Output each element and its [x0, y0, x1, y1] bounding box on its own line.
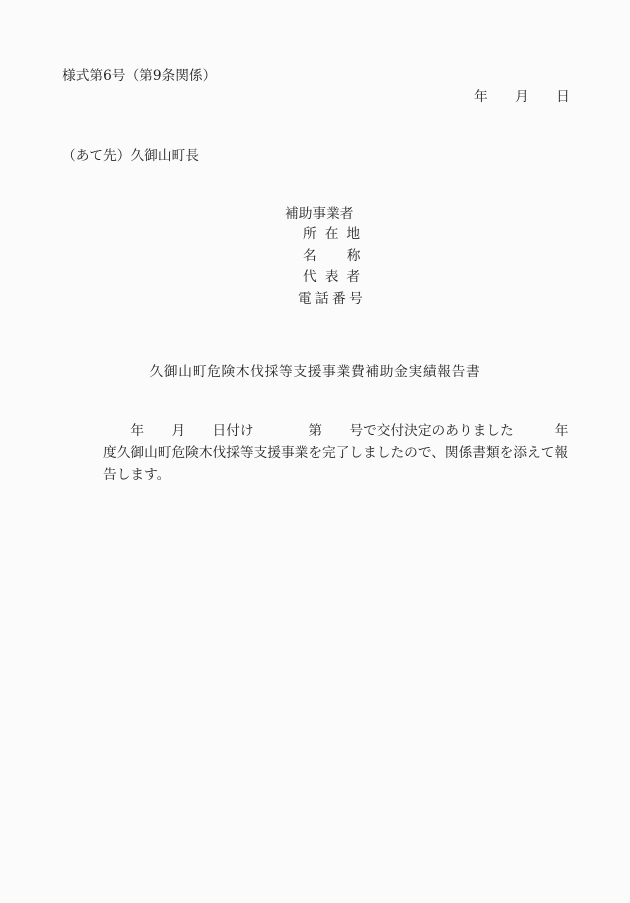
document-page: 様式第6号（第9条関係） 年 月 日 （あて先）久御山町長 補助事業者 所在地 …: [0, 0, 630, 903]
field-label-address: 所在地: [303, 222, 368, 242]
body-line-2: 度久御山町危険木伐採等支援事業を完了しましたので、関係書類を添えて報: [103, 442, 575, 464]
field-label-phone: 電話番号: [298, 287, 366, 307]
addressee-line: （あて先）久御山町長: [62, 144, 199, 164]
date-line: 年 月 日: [474, 85, 570, 105]
field-label-representative: 代表者: [303, 265, 368, 285]
applicant-heading: 補助事業者: [285, 202, 353, 222]
body-line-1: 年 月 日付け 第 号で交付決定のありました 年: [103, 420, 575, 442]
field-label-name: 名称: [303, 244, 390, 264]
body-paragraph: 年 月 日付け 第 号で交付決定のありました 年 度久御山町危険木伐採等支援事業…: [103, 420, 575, 486]
body-line-3: 告します。: [103, 464, 575, 486]
document-title: 久御山町危険木伐採等支援事業費補助金実績報告書: [0, 360, 630, 380]
form-number: 様式第6号（第9条関係）: [62, 64, 216, 84]
